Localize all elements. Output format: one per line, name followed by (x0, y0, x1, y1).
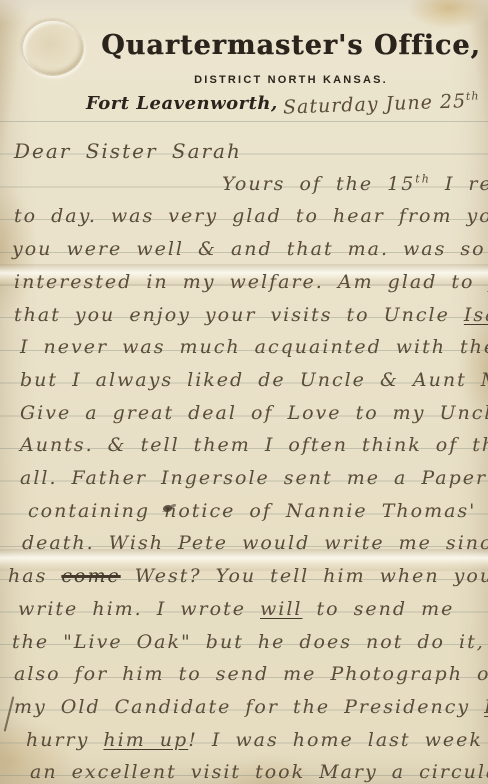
salutation-line: Dear Sister Sarah (14, 136, 242, 166)
handwritten-line: also for him to send me Photograph of (14, 659, 488, 689)
handwritten-line: Give a great deal of Love to my Uncles & (20, 398, 488, 428)
letterhead-title: Quartermaster's Office, (100, 30, 482, 61)
handwriting-segment: that you enjoy your visits to Uncle (14, 304, 464, 326)
handwriting-segment: I rec (431, 173, 488, 195)
handwriting-segment: come (61, 565, 120, 587)
handwriting-segment: you were well & and that ma. was so much (12, 238, 488, 260)
handwriting-segment: to day. was very glad to hear from you t… (14, 205, 488, 227)
handwritten-line: an excellent visit took Mary a circular (30, 757, 488, 784)
handwriting-segment: Dan'l S Dickin (484, 696, 488, 718)
handwriting-segment: Aunts. & tell them I often think of them (20, 434, 488, 456)
handwriting-segment: Give a great deal of Love to my Uncles & (20, 402, 488, 424)
handwriting-segment: Yours of the 15 (222, 173, 415, 195)
handwriting-segment: th (415, 172, 431, 185)
handwriting-segment: but I always liked de Uncle & Aunt Miran… (20, 369, 488, 391)
handwritten-date: Saturday June 25th 1864. (282, 87, 488, 118)
handwritten-line: to day. was very glad to hear from you t… (14, 201, 488, 231)
handwriting-segment: all. Father Ingersole sent me a Paper (20, 467, 487, 489)
handwritten-line: hurry him up! I was home last week had (26, 725, 488, 755)
handwritten-line: the "Live Oak" but he does not do it, (12, 627, 485, 657)
handwriting-segment: my Old Candidate for the Presidency (14, 696, 484, 718)
letter-page: Quartermaster's Office, DISTRICT NORTH K… (0, 0, 488, 784)
handwriting-segment: him up (103, 729, 188, 751)
handwriting-segment: also for him to send me Photograph of (14, 663, 488, 685)
handwriting-segment: West? You tell him when you (121, 565, 488, 587)
handwritten-line: death. Wish Pete would write me since he (22, 528, 488, 558)
handwriting-segment: ! I was home last week had (188, 729, 488, 751)
letterhead-subtitle: DISTRICT NORTH KANSAS. (100, 74, 482, 86)
handwriting-segment: containing notice of Nannie Thomas' (28, 500, 476, 522)
handwriting-segment: the "Live Oak" but he does not do it, (12, 631, 485, 653)
letterhead-place: Fort Leavenworth, (86, 93, 278, 114)
handwritten-line: that you enjoy your visits to Uncle Isaa… (14, 300, 488, 330)
handwritten-line: my Old Candidate for the Presidency Dan'… (14, 692, 488, 722)
handwriting-segment: to send me (303, 598, 455, 620)
embossed-seal-icon (22, 20, 84, 76)
date-text: Saturday June 25 (282, 90, 466, 118)
handwritten-line: Aunts. & tell them I often think of them (20, 430, 488, 460)
stray-pen-stroke (4, 696, 15, 731)
handwriting-segment: write him. I wrote (18, 598, 260, 620)
handwritten-line: I never was much acquainted with them (20, 332, 488, 362)
handwritten-line: containing notice of Nannie Thomas' (28, 496, 476, 526)
handwritten-line: all. Father Ingersole sent me a Paper (20, 463, 487, 493)
date-year: 1864. (479, 87, 488, 111)
handwriting-segment: interested in my welfare. Am glad to fin… (14, 271, 488, 293)
handwritten-line: you were well & and that ma. was so much (12, 234, 488, 264)
dateline: Fort Leavenworth,Saturday June 25th 1864… (86, 92, 488, 114)
handwriting-segment: will (260, 598, 303, 620)
handwritten-line: interested in my welfare. Am glad to fin… (14, 267, 488, 297)
handwritten-line: but I always liked de Uncle & Aunt Miran… (20, 365, 488, 395)
handwritten-line: Yours of the 15th I recd (222, 169, 488, 199)
handwritten-line: has come West? You tell him when you (8, 561, 488, 591)
handwriting-segment: hurry (26, 729, 103, 751)
handwriting-segment: I never was much acquainted with them (20, 336, 488, 358)
handwriting-segment: has (8, 565, 61, 587)
handwriting-segment: Isaacs (464, 304, 488, 326)
handwriting-segment: an excellent visit took Mary a circular (30, 761, 488, 783)
handwriting-segment: Dear Sister Sarah (14, 139, 242, 163)
handwriting-segment: death. Wish Pete would write me since he (22, 532, 488, 554)
date-superscript: th (465, 89, 479, 102)
handwritten-line: write him. I wrote will to send me (18, 594, 454, 624)
